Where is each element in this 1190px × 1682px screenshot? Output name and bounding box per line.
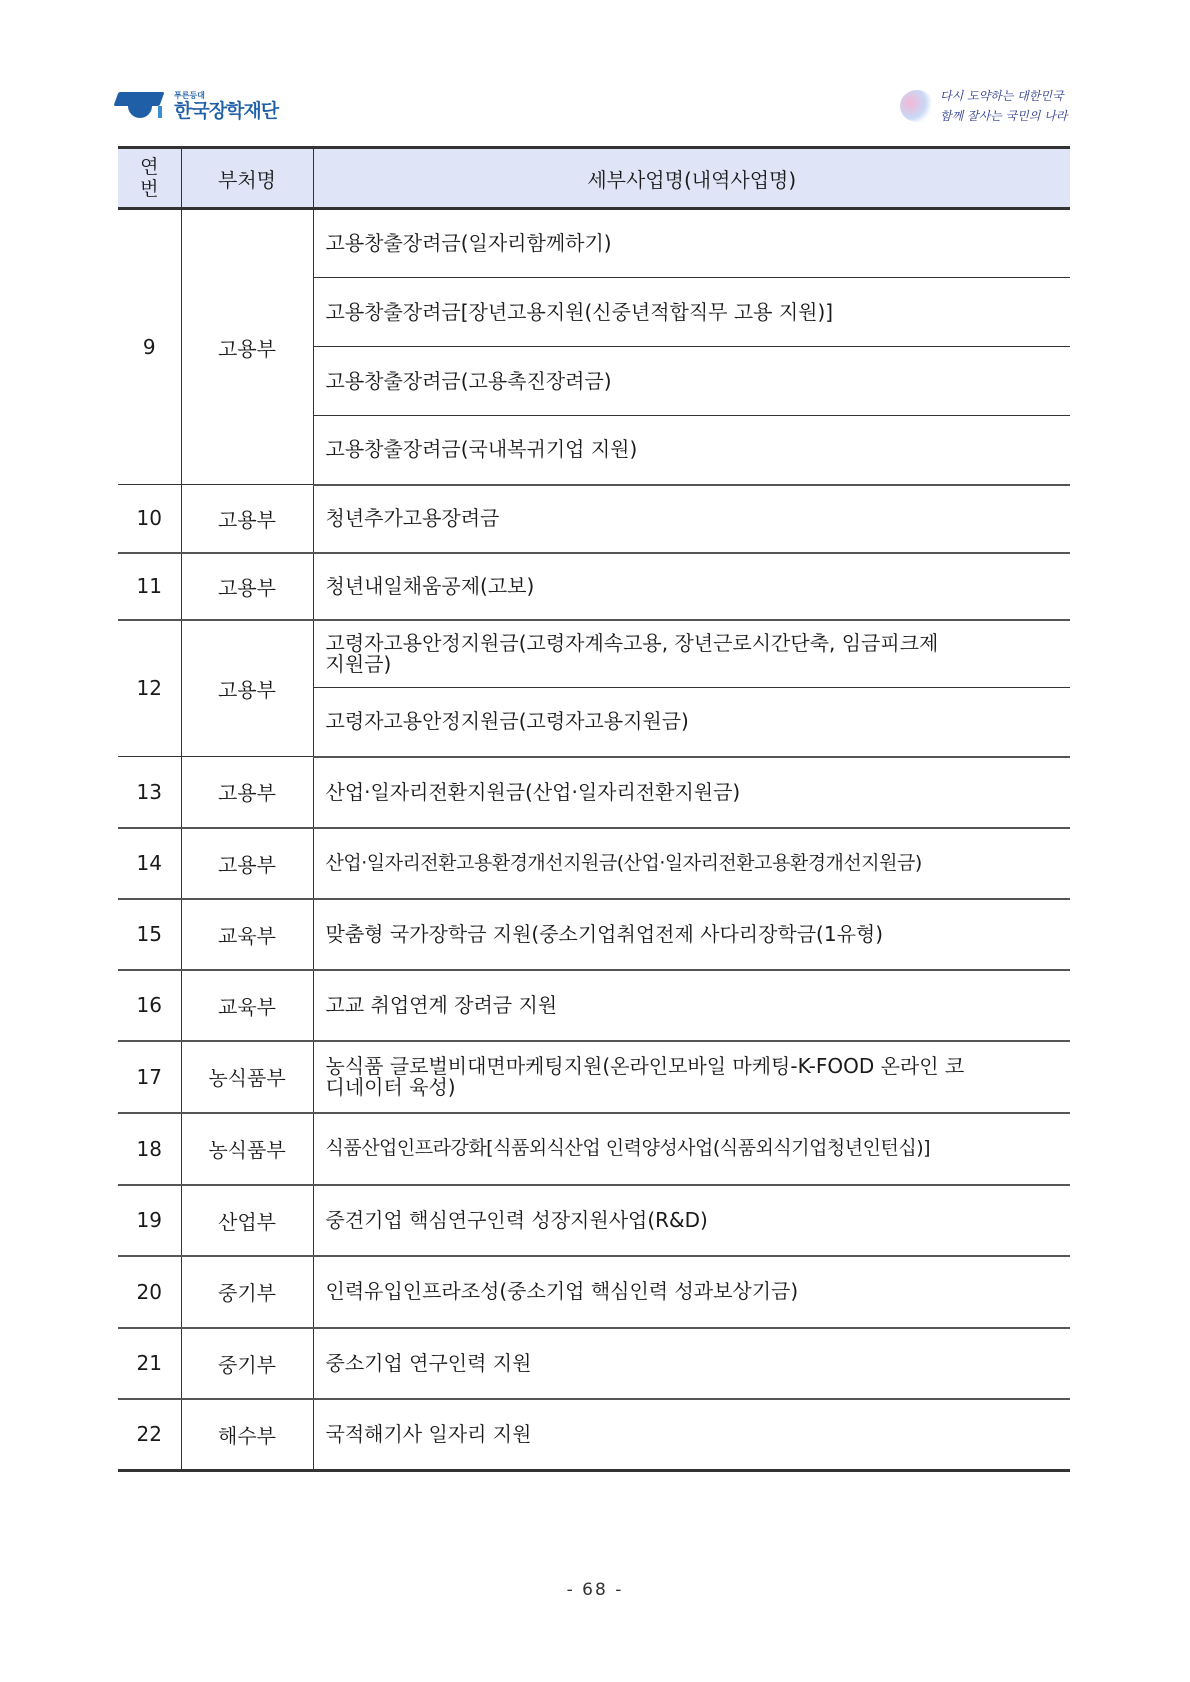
row-program: 고령자고용안정지원금(고령자계속고용, 장년근로시간단축, 임금피크제지원금) — [313, 620, 1070, 688]
row-program: 고용창출장려금(일자리함께하기) — [313, 209, 1070, 278]
row-number: 15 — [118, 899, 181, 970]
row-dept: 고용부 — [181, 485, 313, 553]
table-row: 16 교육부 고교 취업연계 장려금 지원 — [118, 970, 1070, 1041]
row-number: 20 — [118, 1256, 181, 1328]
logo-org-name: 한국장학재단 — [174, 100, 278, 122]
row-program: 고령자고용안정지원금(고령자고용지원금) — [313, 688, 1070, 757]
column-header-seq: 연번 — [118, 148, 181, 209]
slogan-line-2: 함께 잘사는 국민의 나라 — [940, 106, 1067, 126]
row-program: 중소기업 연구인력 지원 — [313, 1328, 1070, 1399]
row-dept: 고용부 — [181, 209, 313, 485]
row-number: 21 — [118, 1328, 181, 1399]
row-program: 고용창출장려금(국내복귀기업 지원) — [313, 416, 1070, 485]
row-program: 청년내일채움공제(고보) — [313, 553, 1070, 620]
row-dept: 중기부 — [181, 1328, 313, 1399]
row-dept: 해수부 — [181, 1399, 313, 1471]
slogan-line-1: 다시 도약하는 대한민국 — [940, 86, 1067, 106]
table-row: 15 교육부 맞춤형 국가장학금 지원(중소기업취업전제 사다리장학금(1유형) — [118, 899, 1070, 970]
row-number: 13 — [118, 757, 181, 828]
row-dept: 고용부 — [181, 828, 313, 899]
table-row: 9 고용부 고용창출장려금(일자리함께하기) — [118, 209, 1070, 278]
program-table: 연번 부처명 세부사업명(내역사업명) 9 고용부 고용창출장려금(일자리함께하… — [118, 146, 1070, 1472]
table-row: 13 고용부 산업·일자리전환지원금(산업·일자리전환지원금) — [118, 757, 1070, 828]
row-dept: 고용부 — [181, 553, 313, 620]
table-row: 18 농식품부 식품산업인프라강화[식품외식산업 인력양성사업(식품외식기업청년… — [118, 1113, 1070, 1185]
row-number: 10 — [118, 485, 181, 553]
row-program: 인력유입인프라조성(중소기업 핵심인력 성과보상기금) — [313, 1256, 1070, 1328]
row-program: 식품산업인프라강화[식품외식산업 인력양성사업(식품외식기업청년인턴십)] — [313, 1113, 1070, 1185]
row-dept: 농식품부 — [181, 1113, 313, 1185]
row-dept: 고용부 — [181, 620, 313, 757]
table-row: 14 고용부 산업·일자리전환고용환경개선지원금(산업·일자리전환고용환경개선지… — [118, 828, 1070, 899]
swirl-emblem-icon — [900, 90, 934, 122]
table-row: 20 중기부 인력유입인프라조성(중소기업 핵심인력 성과보상기금) — [118, 1256, 1070, 1328]
column-header-program: 세부사업명(내역사업명) — [313, 148, 1070, 209]
row-number: 19 — [118, 1185, 181, 1256]
row-number: 11 — [118, 553, 181, 620]
graduation-cap-icon — [116, 88, 168, 122]
table-row: 21 중기부 중소기업 연구인력 지원 — [118, 1328, 1070, 1399]
row-number: 17 — [118, 1041, 181, 1113]
row-dept: 중기부 — [181, 1256, 313, 1328]
row-program: 고교 취업연계 장려금 지원 — [313, 970, 1070, 1041]
row-number: 12 — [118, 620, 181, 757]
row-program: 농식품 글로벌비대면마케팅지원(온라인모바일 마케팅-K-FOOD 온라인 코디… — [313, 1041, 1070, 1113]
table-row: 11 고용부 청년내일채움공제(고보) — [118, 553, 1070, 620]
row-number: 18 — [118, 1113, 181, 1185]
slogan-logo: 다시 도약하는 대한민국 함께 잘사는 국민의 나라 — [900, 84, 1080, 130]
table-row: 12 고용부 고령자고용안정지원금(고령자계속고용, 장년근로시간단축, 임금피… — [118, 620, 1070, 688]
table-row: 22 해수부 국적해기사 일자리 지원 — [118, 1399, 1070, 1471]
row-number: 14 — [118, 828, 181, 899]
row-program: 고용창출장려금(고용촉진장려금) — [313, 347, 1070, 416]
row-program: 중견기업 핵심연구인력 성장지원사업(R&D) — [313, 1185, 1070, 1256]
row-program: 국적해기사 일자리 지원 — [313, 1399, 1070, 1471]
row-dept: 농식품부 — [181, 1041, 313, 1113]
row-number: 9 — [118, 209, 181, 485]
logo-tagline: 푸른등대 — [174, 91, 278, 100]
row-dept: 교육부 — [181, 970, 313, 1041]
row-dept: 산업부 — [181, 1185, 313, 1256]
table-row: 19 산업부 중견기업 핵심연구인력 성장지원사업(R&D) — [118, 1185, 1070, 1256]
row-program: 청년추가고용장려금 — [313, 485, 1070, 553]
table-row: 10 고용부 청년추가고용장려금 — [118, 485, 1070, 553]
column-header-dept: 부처명 — [181, 148, 313, 209]
row-program: 고용창출장려금[장년고용지원(신중년적합직무 고용 지원)] — [313, 278, 1070, 347]
table-row: 17 농식품부 농식품 글로벌비대면마케팅지원(온라인모바일 마케팅-K-FOO… — [118, 1041, 1070, 1113]
row-program: 산업·일자리전환고용환경개선지원금(산업·일자리전환고용환경개선지원금) — [313, 828, 1070, 899]
row-program: 맞춤형 국가장학금 지원(중소기업취업전제 사다리장학금(1유형) — [313, 899, 1070, 970]
kosaf-logo: 푸른등대 한국장학재단 — [116, 88, 278, 122]
row-number: 22 — [118, 1399, 181, 1471]
row-number: 16 — [118, 970, 181, 1041]
row-dept: 고용부 — [181, 757, 313, 828]
row-program: 산업·일자리전환지원금(산업·일자리전환지원금) — [313, 757, 1070, 828]
table-header-row: 연번 부처명 세부사업명(내역사업명) — [118, 148, 1070, 209]
page-number: - 68 - — [0, 1580, 1190, 1600]
row-dept: 교육부 — [181, 899, 313, 970]
